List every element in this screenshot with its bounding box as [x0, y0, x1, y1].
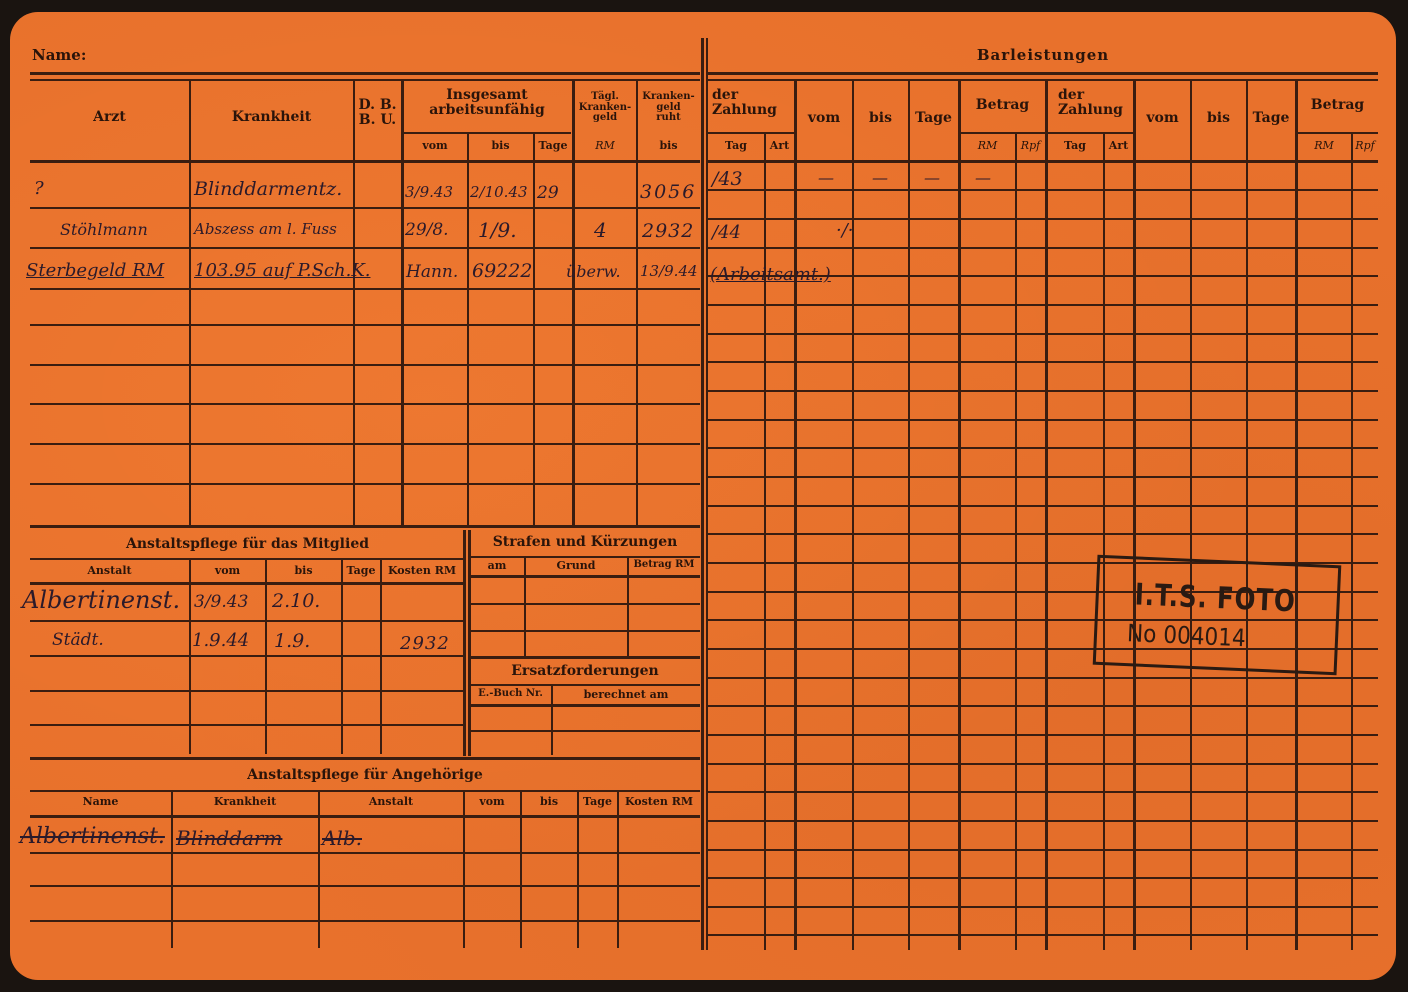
rule [403, 132, 571, 134]
header-rm: RM [960, 140, 1015, 152]
header-kosten: Kosten RM [381, 565, 463, 577]
header-betrag-2: Betrag [1297, 98, 1378, 113]
col-line [189, 80, 191, 525]
header-bis: bis [853, 111, 908, 126]
row2-krankheit: Abszess am l. Fuss [194, 220, 337, 238]
stamp-line2: No 004014 [1127, 619, 1247, 652]
header-bis: bis [521, 796, 577, 808]
rule [708, 72, 1378, 75]
header-rm-unit: RM [574, 140, 636, 152]
rule [30, 757, 700, 760]
header-betrag: Betrag [960, 98, 1045, 113]
header-vom: vom [403, 140, 467, 152]
col-line [1015, 133, 1017, 950]
mitglied-row2-kosten: 2932 [400, 633, 450, 654]
row-line [30, 690, 464, 692]
section-title-strafen: Strafen und Kürzungen [470, 535, 700, 550]
header-tage: Tage [578, 796, 617, 808]
row-line [30, 885, 700, 887]
rule [30, 582, 464, 585]
row-line [30, 364, 700, 366]
rule [470, 656, 700, 659]
row-line [30, 207, 700, 209]
rule [708, 79, 1378, 81]
row1-tage: 29 [537, 183, 559, 203]
col-line [627, 557, 629, 657]
header-name: Name [30, 796, 171, 808]
header-art: Art [765, 140, 794, 152]
row-line [708, 419, 1378, 421]
col-line [171, 791, 173, 948]
bar-row3-note: (Arbeitsamt.) [710, 264, 831, 285]
bar-row1-dash-bis: — [872, 168, 888, 187]
angehoerige-row1-anstalt: Alb. [322, 826, 362, 850]
angehoerige-row1-krankheit: Blinddarm [176, 826, 282, 850]
header-tage: Tage [909, 111, 958, 126]
row-line [30, 247, 700, 249]
col-line [467, 133, 469, 525]
header-der-zahlung-2: der Zahlung [1058, 88, 1138, 117]
row-line [708, 476, 1378, 478]
row-line [708, 849, 1378, 851]
mitglied-row2-anstalt: Städt. [52, 630, 104, 650]
row-line [708, 877, 1378, 879]
row-line [708, 533, 1378, 535]
header-am: am [470, 560, 524, 572]
rule [1296, 132, 1378, 134]
header-ruht-bis: bis [637, 140, 700, 152]
mitglied-row2-vom: 1.9.44 [192, 630, 249, 651]
row-line [708, 333, 1378, 335]
header-bis: bis [266, 565, 341, 577]
header-anstalt: Anstalt [319, 796, 463, 808]
row3-krankheit: 103.95 auf P.Sch.K. [194, 260, 371, 281]
header-tag: Tag [708, 140, 764, 152]
section-title-barleistungen: Barleistungen [708, 48, 1378, 64]
its-foto-stamp: I.T.S. FOTO No 004014 [1093, 555, 1342, 676]
col-line [463, 530, 466, 756]
row3-vom: Hann. [406, 262, 458, 282]
col-line [617, 791, 619, 948]
header-krankheit: Krankheit [172, 796, 318, 808]
row2-bis: 1/9. [478, 218, 517, 242]
header-bis: bis [468, 140, 533, 152]
header-betrag: Betrag RM [628, 560, 700, 571]
row-line [708, 677, 1378, 679]
header-insgesamt: Insgesamt arbeitsunfähig [403, 88, 571, 117]
col-line [353, 80, 355, 525]
rule [470, 684, 700, 686]
row3-ruht-bis: 13/9.44 [640, 262, 698, 280]
header-vom-2: vom [1135, 111, 1190, 126]
header-bis-2: bis [1191, 111, 1246, 126]
header-krankengeld-ruht: Kranken- geld ruht [637, 92, 700, 124]
rule [470, 556, 700, 558]
rule [30, 72, 700, 75]
row-line [708, 505, 1378, 507]
header-arzt: Arzt [30, 110, 189, 125]
col-line [1103, 133, 1105, 950]
row-line [708, 763, 1378, 765]
header-der-zahlung: der Zahlung [712, 88, 792, 117]
bar-row1-dash-tage: — [924, 168, 940, 187]
header-vom: vom [190, 565, 265, 577]
col-line [577, 791, 579, 948]
row-line [30, 724, 464, 726]
rule [470, 575, 700, 578]
rule [959, 132, 1134, 134]
row-line [30, 852, 700, 854]
row-line [708, 934, 1378, 936]
bar-row1-tag: /43 [712, 168, 743, 190]
angehoerige-row1-name: Albertinenst. [20, 824, 165, 849]
mitglied-row1-vom: 3/9.43 [194, 592, 248, 612]
center-divider [706, 38, 708, 950]
header-ebuch: E.-Buch Nr. [470, 689, 551, 700]
row-line [708, 820, 1378, 822]
header-rpf-2: Rpf [1352, 140, 1378, 152]
row-line [708, 447, 1378, 449]
header-vom: vom [796, 111, 852, 126]
row-line [708, 734, 1378, 736]
header-tag-2: Tag [1047, 140, 1103, 152]
header-db-bu: D. B. B. U. [354, 98, 401, 127]
row-line [470, 730, 700, 732]
row-line [30, 324, 700, 326]
row-line [30, 483, 700, 485]
row-line [708, 247, 1378, 249]
header-kosten: Kosten RM [618, 796, 700, 808]
row-line [708, 218, 1378, 220]
row-line [30, 403, 700, 405]
col-line [318, 791, 320, 948]
header-rpf: Rpf [1016, 140, 1045, 152]
section-title-anstaltspflege-mitglied: Anstaltspflege für das Mitglied [30, 537, 465, 552]
row-line [708, 705, 1378, 707]
rule [30, 815, 700, 818]
header-tage-2: Tage [1247, 111, 1295, 126]
header-berechnet: berechnet am [552, 689, 700, 701]
header-rm-2: RM [1297, 140, 1351, 152]
rule [30, 525, 700, 528]
col-line [533, 133, 535, 525]
name-label: Name: [32, 48, 86, 64]
col-line [764, 133, 766, 950]
row-line [30, 288, 700, 290]
mitglied-row1-bis: 2.10. [272, 590, 320, 612]
bar-row1-dash-vom: — [818, 168, 834, 187]
rule [30, 79, 700, 81]
row-line [708, 390, 1378, 392]
header-vom: vom [464, 796, 520, 808]
row-line [470, 603, 700, 605]
col-line [1351, 133, 1353, 950]
bar-row2-tag: /44 [712, 222, 741, 243]
row2-arzt: Stöhlmann [60, 220, 148, 239]
section-title-ersatz: Ersatzforderungen [470, 664, 700, 679]
header-grund: Grund [525, 560, 627, 572]
header-art-2: Art [1104, 140, 1133, 152]
row-line [708, 189, 1378, 191]
row-line [708, 361, 1378, 363]
header-taegl-krankengeld: Tägl. Kranken- geld [574, 92, 636, 124]
row1-ruht-bis: 3056 [640, 181, 696, 203]
row3-arzt: Sterbegeld RM [26, 260, 164, 281]
row-line [30, 655, 464, 657]
rule [470, 704, 700, 707]
row2-vom: 29/8. [405, 220, 449, 240]
col-line [520, 791, 522, 948]
row-line [708, 906, 1378, 908]
row-line [30, 620, 464, 622]
row-line [470, 630, 700, 632]
row2-taegl-krankengeld: 4 [594, 218, 607, 242]
rule [30, 160, 700, 163]
rule [30, 558, 464, 560]
col-line [524, 557, 526, 657]
col-line [463, 791, 465, 948]
header-tage: Tage [342, 565, 380, 577]
rule [30, 790, 700, 792]
row-line [708, 791, 1378, 793]
row1-vom: 3/9.43 [405, 183, 453, 201]
row2-ruht-bis: 2932 [642, 220, 694, 242]
header-anstalt: Anstalt [30, 565, 189, 577]
bar-row2-mark: ·/· [836, 220, 854, 241]
row-line [30, 920, 700, 922]
mitglied-row2-bis: 1.9. [274, 630, 310, 652]
mitglied-row1-anstalt: Albertinenst. [22, 586, 180, 614]
rule [708, 160, 1378, 163]
row1-krankheit: Blinddarmentz. [194, 178, 342, 200]
section-title-anstaltspflege-angehoerige: Anstaltspflege für Angehörige [30, 768, 700, 783]
row1-arzt: ? [34, 178, 44, 199]
center-divider [701, 38, 704, 950]
row1-bis: 2/10.43 [470, 183, 528, 201]
rule [708, 132, 795, 134]
row-line [708, 304, 1378, 306]
row3-bis: 69222 [472, 260, 532, 282]
header-tage: Tage [534, 140, 572, 152]
header-krankheit: Krankheit [190, 110, 353, 125]
row3-tage: überw. [566, 262, 621, 281]
bar-row1-dash-betrag: — [975, 168, 991, 187]
stamp-line1: I.T.S. FOTO [1134, 577, 1296, 619]
row-line [30, 443, 700, 445]
